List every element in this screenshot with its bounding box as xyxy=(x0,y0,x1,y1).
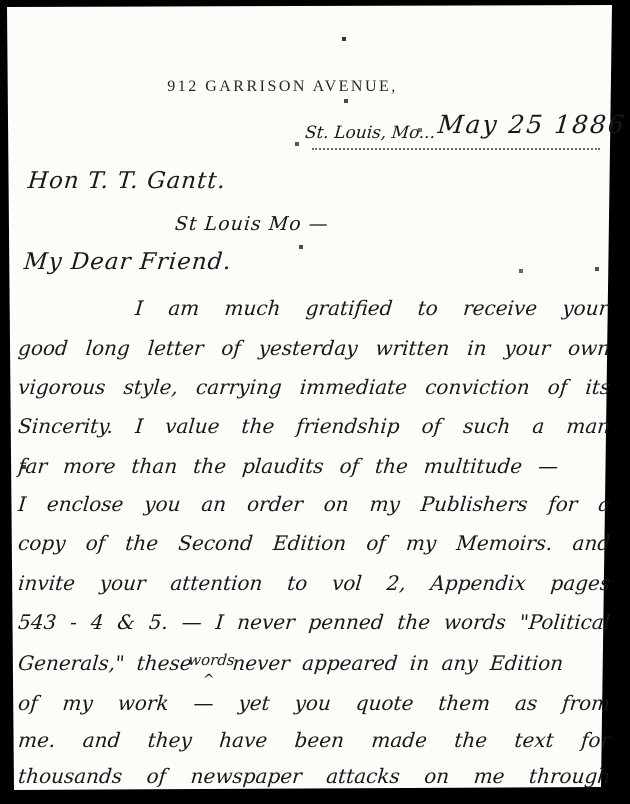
body-line: copy of the Second Edition of my Memoirs… xyxy=(17,531,612,561)
body-line-text: Generals," these xyxy=(17,651,193,675)
body-line: of my work — yet you quote them as from xyxy=(17,691,612,721)
body-line: vigorous style, carrying immediate convi… xyxy=(17,375,612,405)
body-line: I enclose you an order on my Publishers … xyxy=(17,492,612,522)
salutation: My Dear Friend. xyxy=(23,249,233,275)
body-line: thousands of newspaper attacks on me thr… xyxy=(17,764,612,794)
body-line: I am much gratified to receive your xyxy=(134,296,610,326)
body-line: far more than the plaudits of the multit… xyxy=(17,454,560,484)
recipient-name: Hon T. T. Gantt. xyxy=(27,168,227,194)
body-line: Sincerity. I value the friendship of suc… xyxy=(17,414,612,444)
body-line: invite your attention to vol 2, Appendix… xyxy=(17,571,612,601)
inserted-word: words xyxy=(188,651,236,669)
scan-frame: 912 GARRISON AVENUE, St. Louis, Mo... Ma… xyxy=(0,0,630,804)
recipient-place: St Louis Mo — xyxy=(174,213,330,235)
body-line-text: never appeared in any Edition xyxy=(231,651,564,675)
body-line: good long letter of yesterday written in… xyxy=(17,336,612,366)
letterhead: 912 GARRISON AVENUE, xyxy=(0,78,565,96)
body-line: me. and they have been made the text for xyxy=(17,728,612,758)
insertion-caret-icon: ^ xyxy=(202,672,215,688)
dateline-date: May 25 1886 xyxy=(437,110,628,139)
body-line-with-insertion: Generals," these words^ never appeared i… xyxy=(17,651,612,681)
dateline-place: St. Louis, Mo... xyxy=(304,123,436,143)
scan-speckles xyxy=(0,0,2,2)
body-line: 543 - 4 & 5. — I never penned the words … xyxy=(17,610,612,640)
